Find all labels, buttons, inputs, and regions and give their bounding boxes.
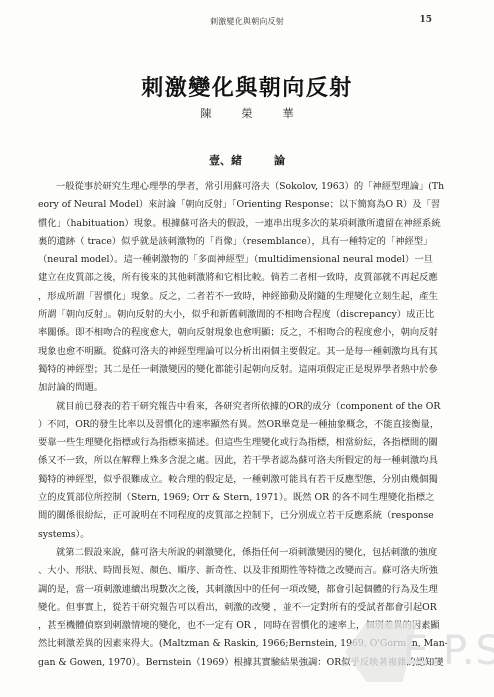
eps-watermark: E.P.S. xyxy=(345,622,494,697)
text-line: systems）。 xyxy=(38,526,458,544)
text-line: 就第二假設來說，蘇可洛夫所說的刺激變化，係指任何一項刺激變因的變化，包括刺激的強… xyxy=(38,544,458,562)
watermark-text: E.P.S. xyxy=(403,628,494,674)
text-line: 現象也愈不明顯。從蘇可洛夫的神經型理論可以分析出兩個主要假定。其一是每一種刺激均… xyxy=(38,343,458,361)
section-number: 壹、緒 xyxy=(209,154,242,167)
text-line: eory of Neural Model）來討論「朝向反射」「Orienting… xyxy=(38,196,458,214)
text-line: 變化。但事實上，從若干研究報告可以看出，刺激的改變 ，並不一定對所有的受試者都會… xyxy=(38,599,458,617)
article-title: 刺激變化與朝向反射 xyxy=(0,71,494,102)
section-title: 論 xyxy=(274,154,285,167)
page-number: 15 xyxy=(419,15,432,25)
text-line: 率關係。即不相吻合的程度愈大，朝向反射現象也愈明顯；反之，不相吻合的程度愈小，朝… xyxy=(38,324,458,342)
text-line: 一般從事於研究生理心理學的學者，常引用蘇可洛夫（Sokolov, 1963）的「… xyxy=(38,178,458,196)
text-line: 加討論的問題。 xyxy=(38,379,458,397)
text-line: 獨特的神經型，似乎很難成立。較合理的假定是，一種刺激可能具有若干反應型態，分別由… xyxy=(38,471,458,489)
text-line: 調的是，當一項刺激連續出現數次之後，其刺激因中的任何一項改變，都會引起個體的行為… xyxy=(38,581,458,599)
section-heading: 壹、緒論 xyxy=(0,152,494,168)
text-line: 立的皮質部位所控制（Stern, 1969; Orr & Stern, 1971… xyxy=(38,489,458,507)
text-line: ）不同，OR的發生比率以及習慣化的速率顯然有異。然OR畢竟是一種抽象概念，不能直… xyxy=(38,416,458,434)
text-line: 裏的遺跡（ trace）似乎就是該刺激物的「肖像」（resemblance），具… xyxy=(38,233,458,251)
text-line: 要靠一些生理變化指標或行為指標來描述。但這些生理變化或行為指標，相當紛紜，各指標… xyxy=(38,434,458,452)
text-line: 所謂「朝向反射」。朝向反射的大小，似乎和新舊刺激間的不相吻合程度（discrep… xyxy=(38,306,458,324)
text-line: 係又不一致，所以在解釋上殊多含混之處。因此，若干學者認為蘇可洛夫所假定的每一種刺… xyxy=(38,452,458,470)
document-page: 刺激變化與朝向反射 15 刺激變化與朝向反射 陳榮華 壹、緒論 一般從事於研究生… xyxy=(0,0,494,697)
text-line: 建立在皮質部之後，所有後來的其他刺激將和它相比較。倘若二者相一致時，皮質部就不再… xyxy=(38,269,458,287)
text-line: 慣化」（habituation）現象。根據蘇可洛夫的假設，一連串出現多次的某項刺… xyxy=(38,215,458,233)
text-line: ，形成所謂「習慣化」現象。反之，二者若不一致時，神經節動及附隨的生理變化立刻生起… xyxy=(38,288,458,306)
author-name: 陳榮華 xyxy=(0,105,494,121)
text-line: 就目前已發表的若干研究報告中看來，各研究者所依據的OR的成分（component… xyxy=(38,398,458,416)
body-text: 一般從事於研究生理心理學的學者，常引用蘇可洛夫（Sokolov, 1963）的「… xyxy=(38,178,458,672)
text-line: （neural model）。這一種刺激物的「多面神經型」（multidimen… xyxy=(38,251,458,269)
text-line: 間的關係很紛紜，正可說明在不同程度的皮質部之控制下，已分別成立若干反應系統（re… xyxy=(38,507,458,525)
text-line: 獨特的神經型；其二是任一刺激變因的變化都能引起朝向反射。這兩項假定正是現界學者熱… xyxy=(38,361,458,379)
text-line: 、大小、形狀、時間長短、顏色、順序、新奇性、以及非預期性等特徵之改變而言。蘇可洛… xyxy=(38,562,458,580)
